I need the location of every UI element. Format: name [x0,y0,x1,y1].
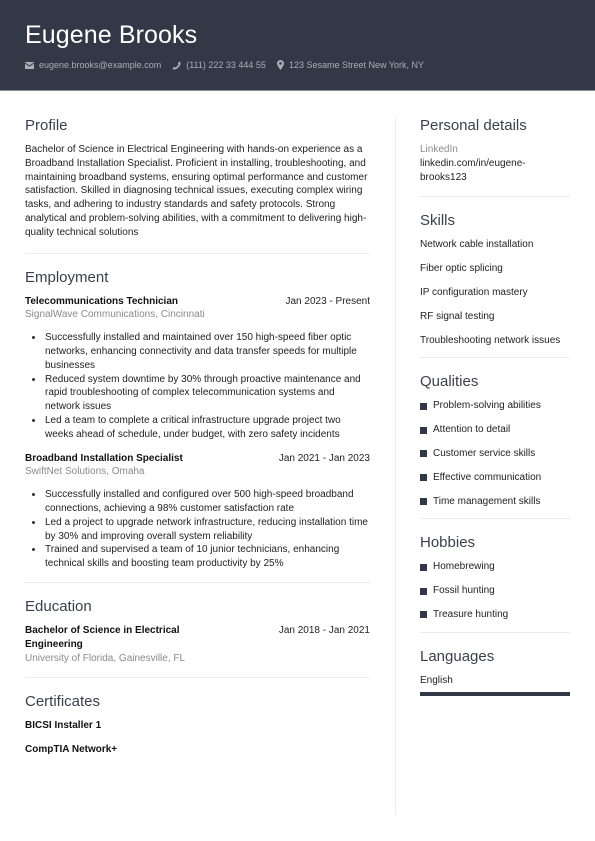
phone-text: (111) 222 33 444 55 [186,60,266,70]
education-title: Education [25,598,370,615]
achievement-item: Successfully installed and maintained ov… [25,331,370,372]
square-bullet-icon [420,403,427,410]
education-dates: Jan 2018 - Jan 2021 [279,624,370,652]
language-level-bar [420,692,570,696]
job-dates: Jan 2023 - Present [286,295,371,309]
education-section: Education Bachelor of Science in Electri… [25,598,370,665]
quality-item: Problem-solving abilities [420,399,570,413]
languages-section: Languages English [420,648,570,696]
certificate-item: CompTIA Network+ [25,743,370,757]
achievement-item: Trained and supervised a team of 10 juni… [25,543,370,571]
profile-title: Profile [25,117,370,134]
square-bullet-icon [420,588,427,595]
square-bullet-icon [420,427,427,434]
quality-label: Time management skills [433,495,540,509]
employment-title: Employment [25,269,370,286]
square-bullet-icon [420,611,427,618]
employment-section: Employment Telecommunications Technician… [25,269,370,571]
job-achievements: Successfully installed and configured ov… [25,488,370,571]
skill-item: IP configuration mastery [420,286,570,300]
quality-item: Time management skills [420,495,570,509]
achievement-item: Reduced system downtime by 30% through p… [25,373,370,414]
quality-item: Customer service skills [420,447,570,461]
linkedin-label: LinkedIn [420,143,570,157]
certificates-section: Certificates BICSI Installer 1 CompTIA N… [25,693,370,757]
address-text: 123 Sesame Street New York, NY [289,60,424,70]
hobby-label: Treasure hunting [433,608,508,622]
email-text: eugene.brooks@example.com [39,60,161,70]
personal-details-title: Personal details [420,117,570,134]
job-title: Telecommunications Technician [25,295,178,309]
hobby-label: Fossil hunting [433,584,495,598]
sidebar-column: Personal details LinkedIn linkedin.com/i… [420,117,570,696]
certificate-item: BICSI Installer 1 [25,719,370,733]
school-name: University of Florida, Gainesville, FL [25,652,370,666]
degree-title: Bachelor of Science in Electrical Engine… [25,624,215,652]
contact-email[interactable]: eugene.brooks@example.com [25,60,161,70]
achievement-item: Led a team to complete a critical infras… [25,414,370,442]
section-divider [25,253,370,254]
qualities-title: Qualities [420,373,570,390]
section-divider [25,582,370,583]
square-bullet-icon [420,498,427,505]
quality-label: Customer service skills [433,447,535,461]
hobby-item: Fossil hunting [420,584,570,598]
job-company: SignalWave Communications, Cincinnati [25,308,370,322]
qualities-section: Qualities Problem-solving abilities Atte… [420,373,570,508]
skill-item: Troubleshooting network issues [420,334,570,348]
hobbies-title: Hobbies [420,534,570,551]
quality-label: Effective communication [433,471,541,485]
education-entry: Bachelor of Science in Electrical Engine… [25,624,370,665]
language-level-fill [420,692,570,696]
square-bullet-icon [420,474,427,481]
job-entry: Broadband Installation Specialist Jan 20… [25,452,370,571]
job-title: Broadband Installation Specialist [25,452,183,466]
job-company: SwiftNet Solutions, Omaha [25,465,370,479]
language-name: English [420,674,570,688]
contact-phone[interactable]: (111) 222 33 444 55 [172,60,266,70]
skills-section: Skills Network cable installation Fiber … [420,212,570,347]
achievement-item: Led a project to upgrade network infrast… [25,516,370,544]
certificates-title: Certificates [25,693,370,710]
job-dates: Jan 2021 - Jan 2023 [279,452,370,466]
profile-section: Profile Bachelor of Science in Electrica… [25,117,370,240]
quality-label: Problem-solving abilities [433,399,541,413]
resume-header: Eugene Brooks eugene.brooks@example.com … [0,0,595,91]
contact-address: 123 Sesame Street New York, NY [277,60,424,70]
section-divider [25,677,370,678]
square-bullet-icon [420,564,427,571]
job-achievements: Successfully installed and maintained ov… [25,331,370,441]
main-column: Profile Bachelor of Science in Electrica… [25,117,370,757]
achievement-item: Successfully installed and configured ov… [25,488,370,516]
section-divider [420,518,570,519]
quality-item: Attention to detail [420,423,570,437]
envelope-icon [25,62,34,69]
hobbies-section: Hobbies Homebrewing Fossil hunting Treas… [420,534,570,621]
skills-title: Skills [420,212,570,229]
languages-title: Languages [420,648,570,665]
quality-item: Effective communication [420,471,570,485]
contact-info: eugene.brooks@example.com (111) 222 33 4… [25,60,435,70]
candidate-name: Eugene Brooks [25,21,197,50]
profile-summary: Bachelor of Science in Electrical Engine… [25,143,370,240]
skill-item: RF signal testing [420,310,570,324]
hobby-label: Homebrewing [433,560,495,574]
square-bullet-icon [420,450,427,457]
hobby-item: Treasure hunting [420,608,570,622]
section-divider [420,632,570,633]
hobby-item: Homebrewing [420,560,570,574]
linkedin-link[interactable]: linkedin.com/in/eugene-brooks123 [420,157,540,185]
skill-item: Fiber optic splicing [420,262,570,276]
personal-details-section: Personal details LinkedIn linkedin.com/i… [420,117,570,184]
skill-item: Network cable installation [420,238,570,252]
quality-label: Attention to detail [433,423,510,437]
section-divider [420,357,570,358]
section-divider [420,196,570,197]
phone-icon [172,61,181,70]
column-divider [395,117,396,815]
map-pin-icon [277,60,284,70]
job-entry: Telecommunications Technician Jan 2023 -… [25,295,370,442]
